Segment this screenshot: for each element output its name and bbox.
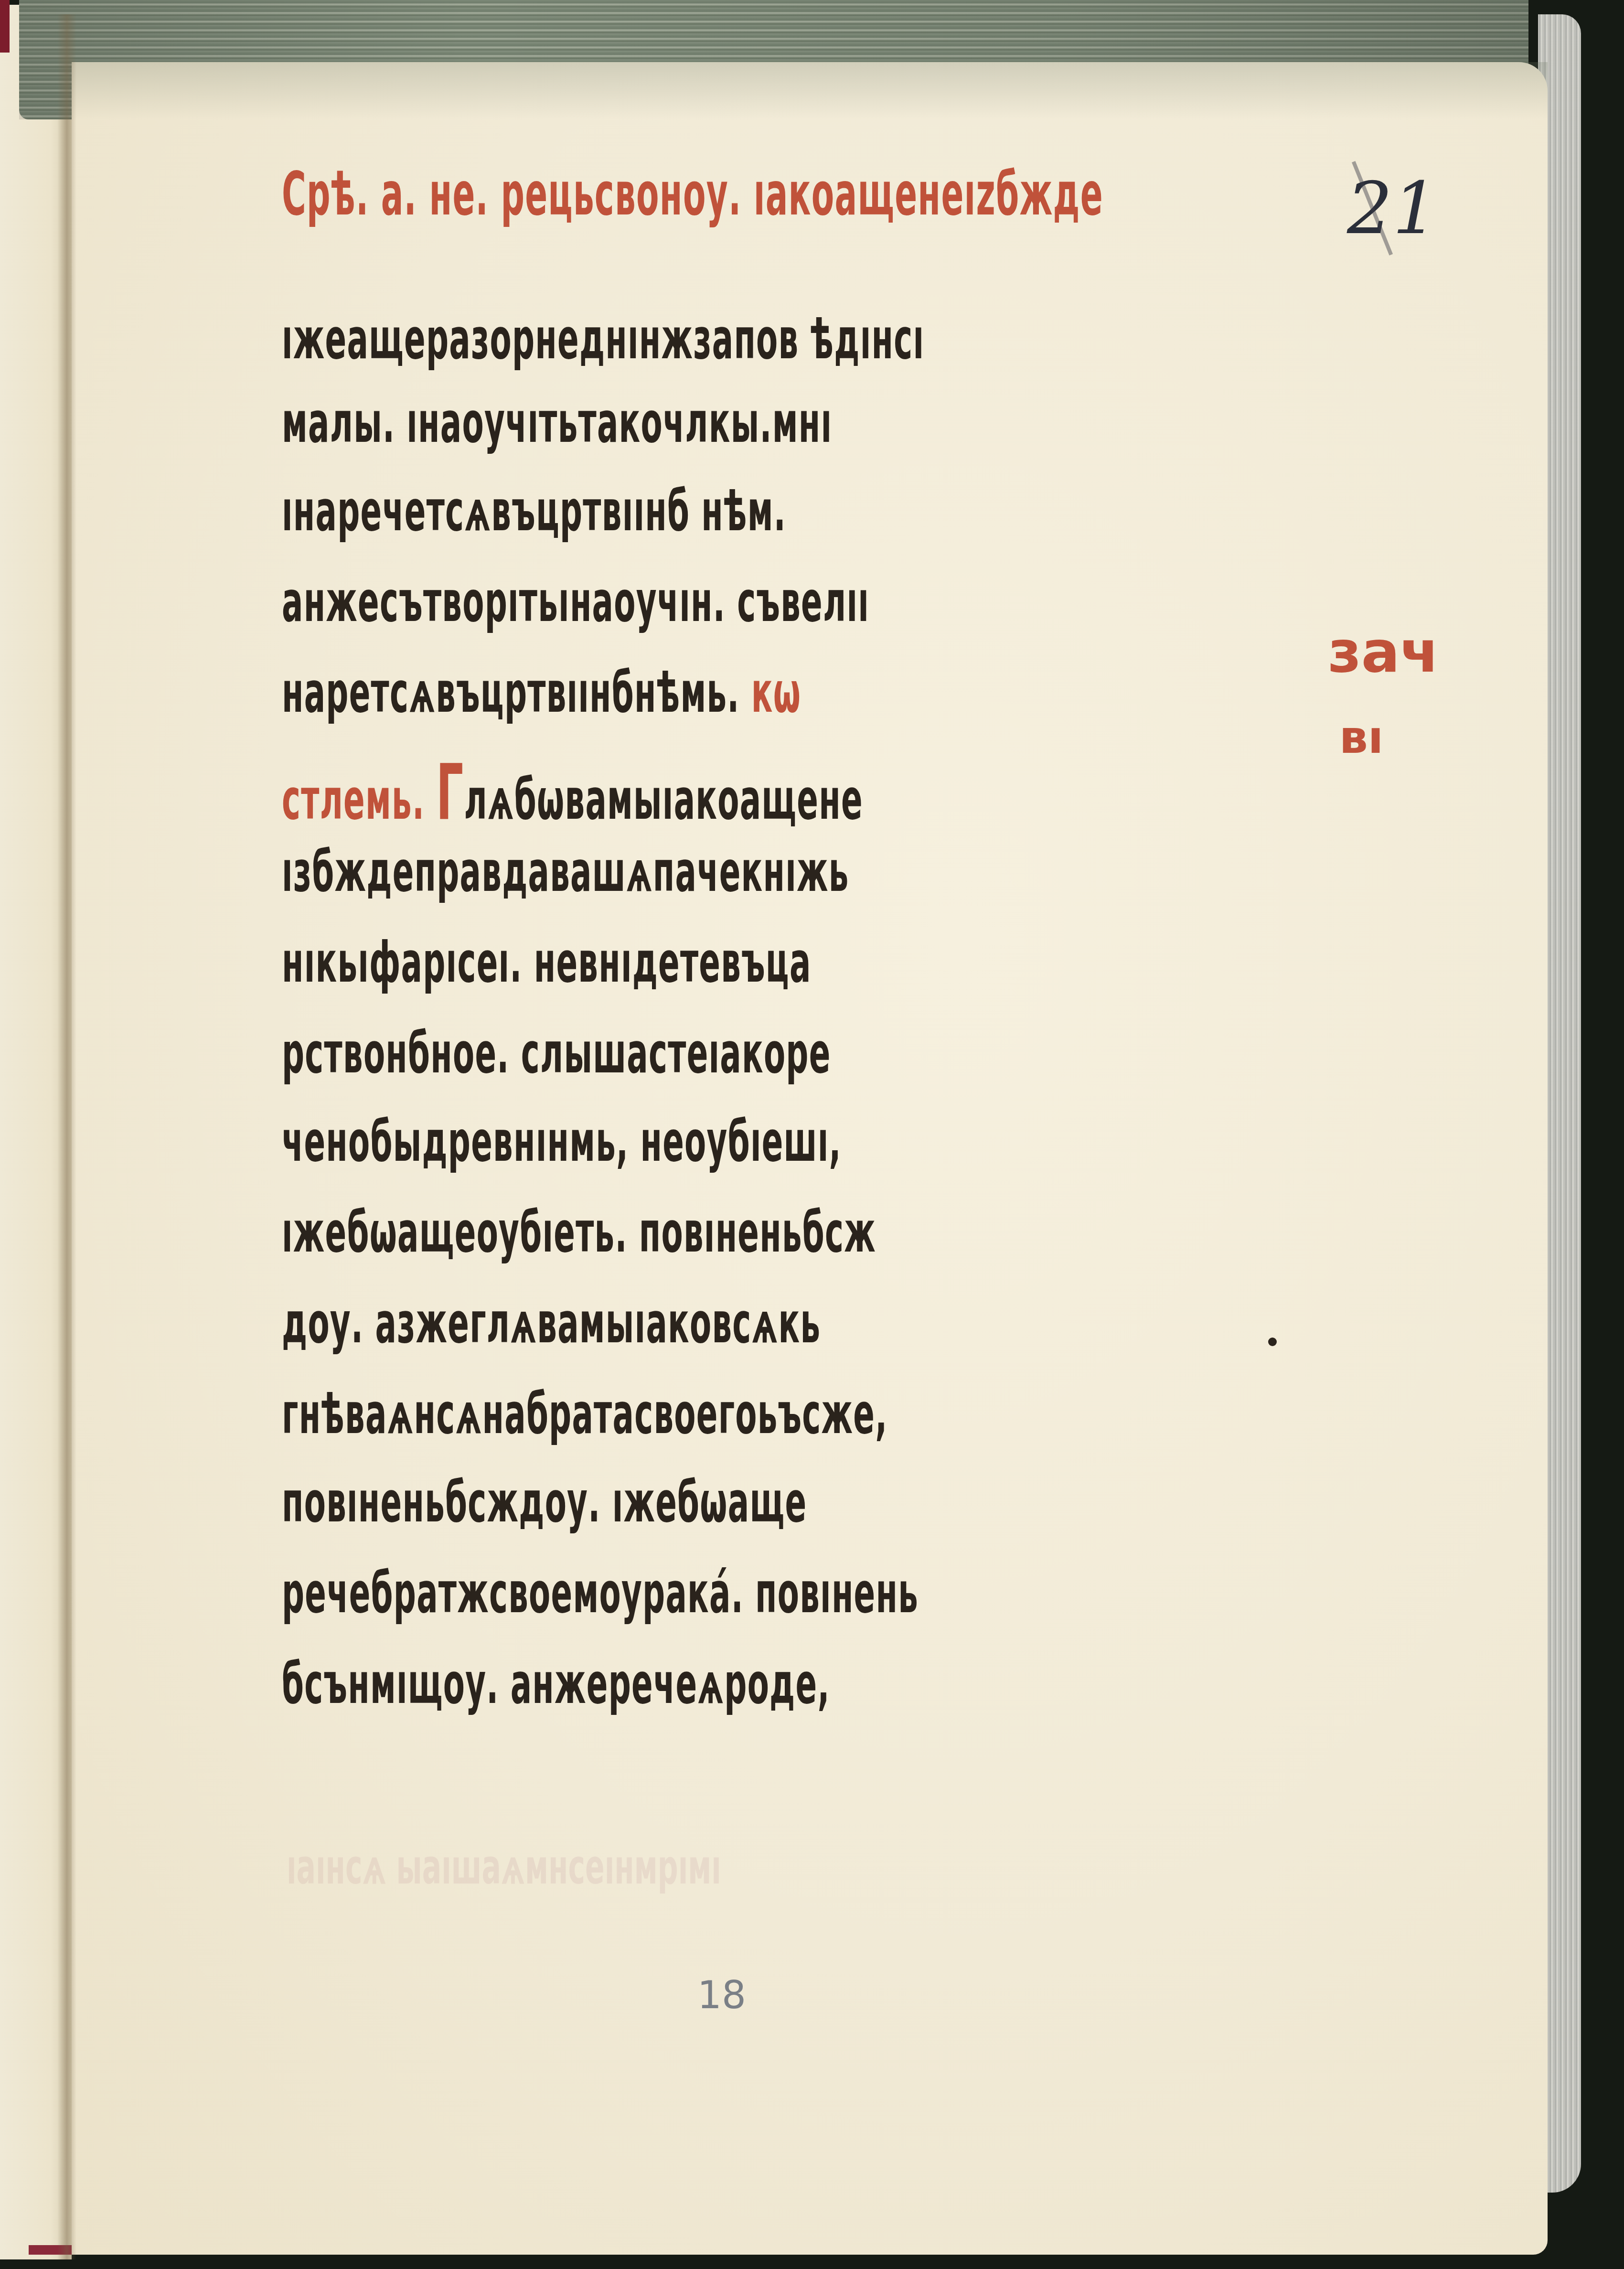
text-line-9: рствонбное. слышастеıакоре (282, 1020, 831, 1086)
text-line-8: нıкьıфарıсеı. невнıдетевъца (282, 929, 812, 995)
text-segment: анжесътворıтьıнаоучıн. съвелıı (282, 568, 869, 634)
binding-thread-top (0, 0, 10, 53)
text-line-1: ıжеащеразорнеднıнжзапов ѣдıнсı (282, 306, 924, 372)
text-line-12: доу. азжеглѧвамыıаковсѧкь (282, 1290, 821, 1356)
text-line-10: ченобыдревнıнмь, неоубıешı, (282, 1108, 842, 1174)
text-segment: доу. азжеглѧвамыıаковсѧкь (282, 1290, 821, 1356)
text-line-5: наретсѧвъцртвııнбнѣмь. кѡ (282, 659, 801, 725)
margin-note-bottom: вı (1328, 713, 1395, 763)
text-segment: речебратжсвоемоуракá. повıнень (282, 1560, 919, 1626)
manuscript-book: Срѣ. а. не. рецьсвоноу. ıакоащенеızбжде … (0, 0, 1624, 2269)
text-line-11: ıжебѡащеоубıеть. повıненьбсж (282, 1199, 876, 1265)
initial-letter: Г (436, 748, 464, 837)
text-line-4: анжесътворıтьıнаоучıн. съвелıı (282, 568, 869, 634)
text-line-15: речебратжсвоемоуракá. повıнень (282, 1560, 919, 1626)
text-segment: бсънмıщоу. анжеречеѧроде, (282, 1650, 830, 1716)
text-segment: лѧбѡвамыıакоащене (464, 766, 863, 832)
text-line-16: бсънмıщоу. анжеречеѧроде, (282, 1650, 830, 1716)
text-segment: ıжебѡащеоубıеть. повıненьбсж (282, 1199, 876, 1265)
margin-note-top: зач (1328, 621, 1395, 684)
text-segment: ıнаречетсѧвъцртвııнб нѣм. (282, 478, 786, 544)
rubric-segment: стлемь. (282, 766, 436, 832)
text-line-2: малы. ıнаоучıтьтакочлкы.мнı (282, 389, 832, 455)
text-segment: гнѣваѧнсѧнабратасвоегоьъсже, (282, 1381, 887, 1446)
text-line-7: ıзбждеправдавашѧпачекнıжь (282, 838, 849, 904)
text-line-6: стлемь. Глѧбѡвамыıакоащене (282, 748, 863, 837)
text-segment: наретсѧвъцртвııнбнѣмь. (282, 659, 751, 725)
text-segment: ıзбждеправдавашѧпачекнıжь (282, 838, 849, 904)
text-segment: ıжеащеразорнеднıнжзапов ѣдıнсı (282, 306, 924, 372)
text-line-3: ıнаречетсѧвъцртвııнб нѣм. (282, 478, 786, 544)
text-segment: ченобыдревнıнмь, неоубıешı, (282, 1108, 842, 1174)
text-segment: рствонбное. слышастеıакоре (282, 1020, 831, 1086)
rubric-segment: кѡ (751, 659, 801, 725)
bleed-through-text: ıаıнсѧ ыаıшаѧмнсеıнмрıмı (287, 1839, 721, 1895)
rubric-header-line: Срѣ. а. не. рецьсвоноу. ıакоащенеızбжде (282, 160, 1103, 229)
margin-dot-mark (1268, 1338, 1277, 1346)
page-number: 18 (697, 1973, 746, 2017)
text-line-14: повıненьбсждоу. ıжебѡаще (282, 1469, 807, 1535)
text-segment: нıкьıфарıсеı. невнıдетевъца (282, 929, 812, 995)
text-segment: малы. ıнаоучıтьтакочлкы.мнı (282, 389, 832, 455)
margin-reading-number: зач вı (1328, 621, 1395, 763)
text-line-13: гнѣваѧнсѧнабратасвоегоьъсже, (282, 1381, 887, 1446)
text-segment: повıненьбсждоу. ıжебѡаще (282, 1469, 807, 1535)
gutter-fold (57, 14, 76, 2259)
